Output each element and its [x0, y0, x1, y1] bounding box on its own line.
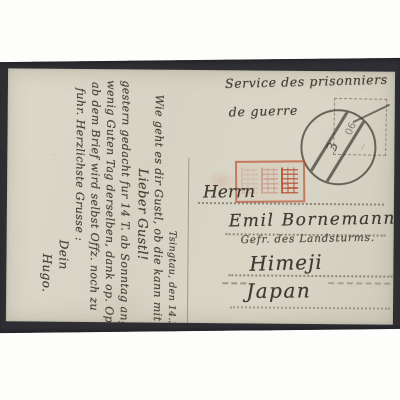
postmark-circle: 3 06 ~ — [299, 108, 377, 186]
service-note-line1: Service des prisonniers — [225, 72, 388, 91]
message-line: gestern gedacht fur 14 T. ab Sonntag ang… — [117, 72, 134, 322]
address-rule-4 — [230, 306, 390, 309]
censor-kanji-1 — [281, 167, 298, 193]
service-note-line2: de guerre — [229, 103, 299, 120]
message-line: Dein — [54, 72, 73, 322]
address-recipient-name: Emil Bornemann — [229, 209, 397, 232]
address-rule-1 — [198, 202, 384, 206]
divider-line — [187, 158, 189, 323]
address-recipient-rank: Gefr. des Landsturms. — [241, 232, 375, 246]
postmark-faint-marks: ~ — [358, 141, 371, 154]
message-line: wenig Guten Tag derselben, dank op. Op. — [101, 72, 118, 322]
message-line: Tsingtau, den 14.3.15. — [165, 73, 180, 323]
address-recipient-title: Herrn — [203, 182, 255, 202]
message-line: Wie geht es dir Gustl, ob die kann mit — [150, 73, 167, 323]
postmark-digit: 3 — [324, 140, 342, 154]
postcard: Tsingtau, den 14.3.15.Wie geht es dir Gu… — [6, 68, 395, 324]
censor-kanji-2 — [261, 168, 278, 194]
postcard-scan: Tsingtau, den 14.3.15.Wie geht es dir Gu… — [0, 0, 400, 400]
message-line: Hugo. — [38, 72, 57, 322]
message-line: ab dem Brief wird selbst Offz. noch zu — [86, 72, 103, 322]
address-rule-3b-left — [222, 282, 246, 284]
address-city: Himeji — [249, 250, 323, 276]
message-line: Lieber Gustl! — [132, 72, 152, 322]
message-handwriting: Tsingtau, den 14.3.15.Wie geht es dir Gu… — [22, 71, 180, 322]
address-rule-3b-right — [328, 282, 390, 285]
address-country: Japan — [246, 278, 311, 303]
